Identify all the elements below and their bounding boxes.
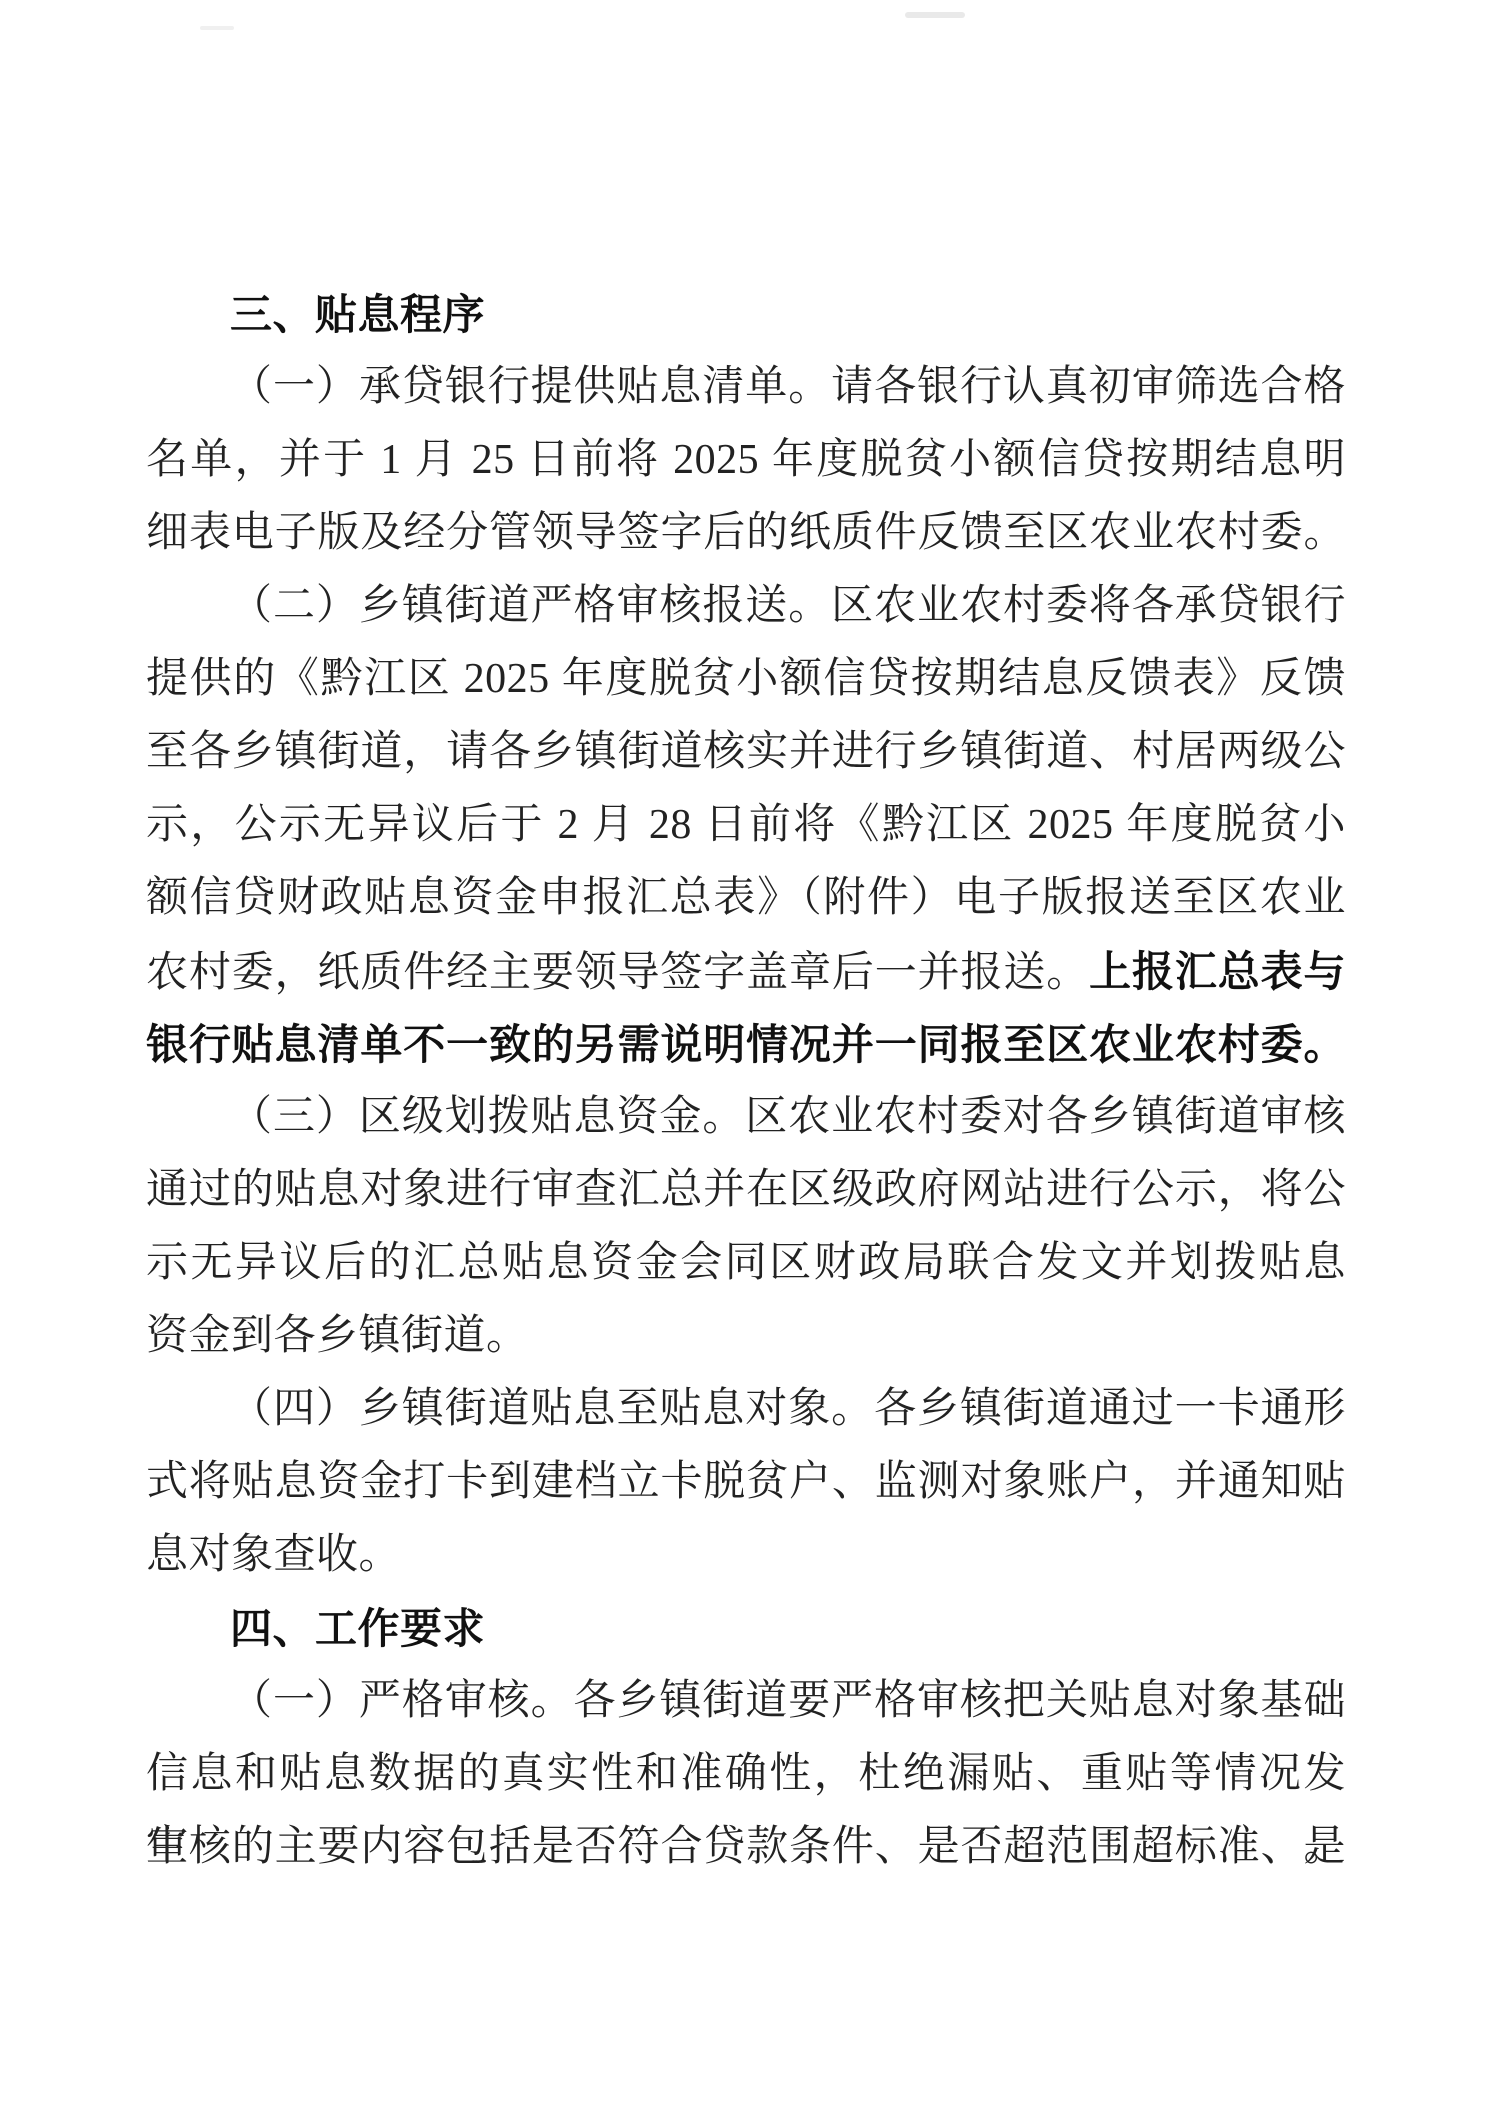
text-line: 信息和贴息数据的真实性和准确性，杜绝漏贴、重贴等情况发生。: [146, 1738, 1346, 1811]
text-segment: 示，公示无异议后于 2 月 28 日前将《黔江区 2025 年度脱贫小: [146, 802, 1346, 848]
text-segment: （四）乡镇街道贴息至贴息对象。各乡镇街道通过一卡通形: [230, 1386, 1346, 1432]
text-line: 通过的贴息对象进行审查汇总并在区级政府网站进行公示，将公: [146, 1154, 1346, 1227]
text-line: （三）区级划拨贴息资金。区农业农村委对各乡镇街道审核: [146, 1081, 1346, 1154]
text-segment: 四、工作要求: [230, 1605, 485, 1652]
text-line: 细表电子版及经分管领导签字后的纸质件反馈至区农业农村委。: [146, 497, 1346, 570]
scan-smudge: [200, 26, 234, 30]
text-line: 息对象查收。: [146, 1519, 1346, 1592]
scan-smudge: [905, 12, 965, 18]
text-line: 名单，并于 1 月 25 日前将 2025 年度脱贫小额信贷按期结息明: [146, 424, 1346, 497]
text-line: 式将贴息资金打卡到建档立卡脱贫户、监测对象账户，并通知贴: [146, 1446, 1346, 1519]
text-segment: 通过的贴息对象进行审查汇总并在区级政府网站进行公示，将公: [146, 1167, 1346, 1213]
text-line: 提供的《黔江区 2025 年度脱贫小额信贷按期结息反馈表》反馈: [146, 643, 1346, 716]
scanned-document-page: 三、贴息程序（一）承贷银行提供贴息清单。请各银行认真初审筛选合格名单，并于 1 …: [0, 0, 1488, 2104]
text-line: 示，公示无异议后于 2 月 28 日前将《黔江区 2025 年度脱贫小: [146, 789, 1346, 862]
text-line: （四）乡镇街道贴息至贴息对象。各乡镇街道通过一卡通形: [146, 1373, 1346, 1446]
text-segment: 额信贷财政贴息资金申报汇总表》（附件）电子版报送至区农业: [146, 875, 1346, 921]
section-heading: 四、工作要求: [146, 1592, 1346, 1665]
text-segment: 农村委，纸质件经主要领导签字盖章后一并报送。: [146, 950, 1089, 996]
text-segment: 细表电子版及经分管领导签字后的纸质件反馈至区农业农村委。: [146, 510, 1346, 556]
section-heading: 三、贴息程序: [146, 278, 1346, 351]
text-segment: 三、贴息程序: [230, 291, 485, 338]
text-segment: 式将贴息资金打卡到建档立卡脱贫户、监测对象账户，并通知贴: [146, 1459, 1346, 1505]
text-line: （一）承贷银行提供贴息清单。请各银行认真初审筛选合格: [146, 351, 1346, 424]
text-segment: 资金到各乡镇街道。: [146, 1313, 529, 1359]
text-segment: 上报汇总表与: [1089, 948, 1346, 995]
text-segment: 银行贴息清单不一致的另需说明情况并一同报至区农业农村委。: [146, 1021, 1346, 1068]
text-line: 额信贷财政贴息资金申报汇总表》（附件）电子版报送至区农业: [146, 862, 1346, 935]
text-segment: 至各乡镇街道，请各乡镇街道核实并进行乡镇街道、村居两级公: [146, 729, 1346, 775]
text-segment: （三）区级划拨贴息资金。区农业农村委对各乡镇街道审核: [230, 1094, 1346, 1140]
text-segment: （一）严格审核。各乡镇街道要严格审核把关贴息对象基础: [230, 1678, 1346, 1724]
text-segment: （二）乡镇街道严格审核报送。区农业农村委将各承贷银行: [230, 583, 1346, 629]
text-segment: 息对象查收。: [146, 1532, 401, 1578]
text-segment: （一）承贷银行提供贴息清单。请各银行认真初审筛选合格: [230, 364, 1346, 410]
text-line: 至各乡镇街道，请各乡镇街道核实并进行乡镇街道、村居两级公: [146, 716, 1346, 789]
text-line: （二）乡镇街道严格审核报送。区农业农村委将各承贷银行: [146, 570, 1346, 643]
document-body: 三、贴息程序（一）承贷银行提供贴息清单。请各银行认真初审筛选合格名单，并于 1 …: [146, 278, 1346, 1884]
text-line: 示无异议后的汇总贴息资金会同区财政局联合发文并划拨贴息: [146, 1227, 1346, 1300]
text-segment: 名单，并于 1 月 25 日前将 2025 年度脱贫小额信贷按期结息明: [146, 437, 1346, 483]
text-line: 农村委，纸质件经主要领导签字盖章后一并报送。上报汇总表与: [146, 935, 1346, 1008]
text-line: 审核的主要内容包括是否符合贷款条件、是否超范围超标准、是: [146, 1811, 1346, 1884]
text-segment: 示无异议后的汇总贴息资金会同区财政局联合发文并划拨贴息: [146, 1240, 1346, 1286]
text-line: （一）严格审核。各乡镇街道要严格审核把关贴息对象基础: [146, 1665, 1346, 1738]
text-line: 银行贴息清单不一致的另需说明情况并一同报至区农业农村委。: [146, 1008, 1346, 1081]
text-segment: 审核的主要内容包括是否符合贷款条件、是否超范围超标准、是: [146, 1824, 1346, 1870]
text-segment: 提供的《黔江区 2025 年度脱贫小额信贷按期结息反馈表》反馈: [146, 656, 1346, 702]
text-line: 资金到各乡镇街道。: [146, 1300, 1346, 1373]
